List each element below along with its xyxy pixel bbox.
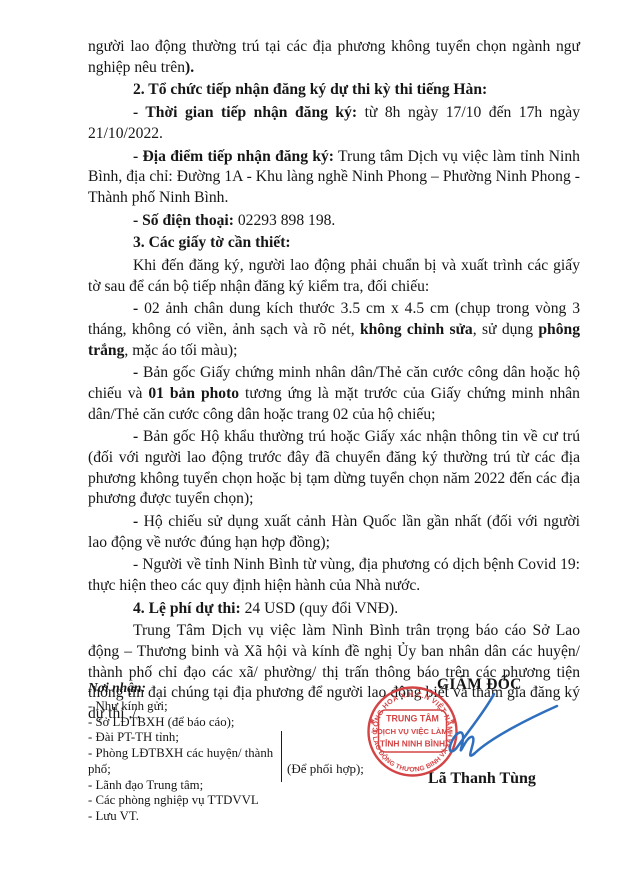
body-text: Khi đến đăng ký, người lao động phải chu… [88,257,580,295]
body-text: Hộ chiếu sử dụng xuất cảnh Hàn Quốc lần … [88,513,580,551]
dash-bold: - [133,428,143,445]
label-bold: - Thời gian tiếp nhận đăng ký: [133,104,357,121]
document-body: người lao động thường trú tại các địa ph… [88,37,580,727]
dash-bold: - [133,364,143,381]
heading-text: 3. Các giấy tờ cần thiết: [133,234,291,251]
heading-text: 2. Tổ chức tiếp nhận đăng ký dự thi kỳ t… [133,81,487,98]
paragraph-intro: Khi đến đăng ký, người lao động phải chu… [88,256,580,297]
paragraph-place: - Địa điểm tiếp nhận đăng ký: Trung tâm … [88,147,580,209]
section-3-heading: 3. Các giấy tờ cần thiết: [88,233,580,254]
heading-text: 4. Lệ phí dự thi: [133,600,241,617]
dash-bold: - [133,513,144,530]
body-text: , sử dụng [473,321,539,338]
recipient-item: - Sở LĐTBXH (để báo cáo); [88,715,288,731]
recipients-title: Nơi nhận: [88,680,146,696]
dash-bold: - [133,300,144,317]
recipients-group-line [281,731,282,782]
director-signature [420,678,570,778]
paragraph-residence-documents: - Bản gốc Hộ khẩu thường trú hoặc Giấy x… [88,427,580,509]
recipient-item: - Đài PT-TH tỉnh; [88,730,288,746]
label-bold: - Địa điểm tiếp nhận đăng ký: [133,148,334,165]
recipient-item: - Lãnh đạo Trung tâm; [88,778,288,794]
paragraph-time: - Thời gian tiếp nhận đăng ký: từ 8h ngà… [88,103,580,144]
body-text: 24 USD (quy đổi VNĐ). [241,600,398,617]
section-4-fee: 4. Lệ phí dự thi: 24 USD (quy đổi VNĐ). [88,599,580,620]
body-text: - Người về tỉnh Ninh Bình từ vùng, địa p… [88,556,580,594]
recipient-item: - Các phòng nghiệp vụ TTDVVL [88,793,288,809]
recipient-item: - Phòng LĐTBXH các huyện/ thành phố; [88,746,288,777]
recipient-item: - Lưu VT. [88,809,288,825]
body-text-bold: không chỉnh sửa [360,321,473,338]
section-2-heading: 2. Tổ chức tiếp nhận đăng ký dự thi kỳ t… [88,80,580,101]
paragraph-phone: - Số điện thoại: 02293 898 198. [88,211,580,232]
paragraph-passport: - Hộ chiếu sử dụng xuất cảnh Hàn Quốc lầ… [88,512,580,553]
star-icon: ✱ [369,718,375,726]
recipients-list: - Như kính gửi; - Sở LĐTBXH (để báo cáo)… [88,699,288,825]
paragraph-photo-requirement: - 02 ảnh chân dung kích thước 3.5 cm x 4… [88,299,580,361]
signature-stroke [450,694,557,756]
body-text-bold: 01 bản photo [148,385,239,402]
paragraph-continuation: người lao động thường trú tại các địa ph… [88,37,580,78]
body-text: , mặc áo tối màu); [124,342,237,359]
body-text: người lao động thường trú tại các địa ph… [88,38,580,76]
body-text: Bản gốc Hộ khẩu thường trú hoặc Giấy xác… [88,428,580,507]
body-text: 02293 898 198. [234,212,335,229]
paragraph-covid: - Người về tỉnh Ninh Bình từ vùng, địa p… [88,555,580,596]
paragraph-id-documents: - Bản gốc Giấy chứng minh nhân dân/Thẻ c… [88,363,580,425]
recipient-item: - Như kính gửi; [88,699,288,715]
body-text-bold: ). [185,59,194,76]
document-page: người lao động thường trú tại các địa ph… [0,0,620,878]
label-bold: - Số điện thoại: [133,212,234,229]
